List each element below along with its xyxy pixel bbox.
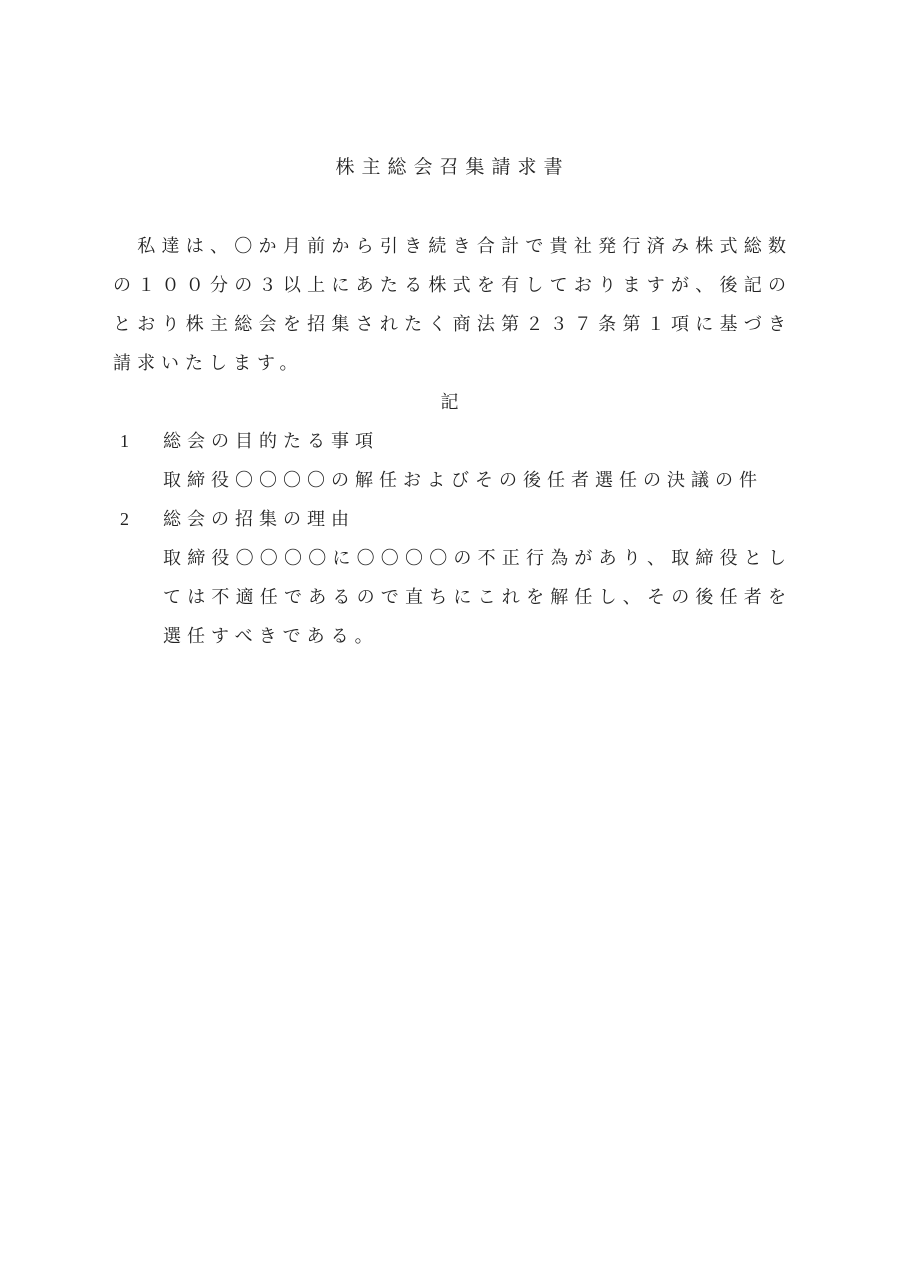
item-2-detail-line-1: 取締役〇〇〇〇に〇〇〇〇の不正行為があり、取締役とし (163, 539, 792, 578)
record-marker: 記 (113, 383, 792, 422)
item-2-number: 2 (120, 500, 163, 539)
item-1-heading: 総会の目的たる事項 (163, 431, 379, 451)
item-1-heading-row: 1総会の目的たる事項 (113, 422, 792, 461)
paragraph-line-3: とおり株主総会を招集されたく商法第２３７条第１項に基づき (113, 305, 792, 344)
item-2-heading: 総会の招集の理由 (163, 509, 355, 529)
item-1-number: 1 (120, 422, 163, 461)
document-title: 株主総会召集請求書 (0, 152, 905, 179)
item-2-heading-row: 2総会の招集の理由 (113, 500, 792, 539)
paragraph-line-4: 請求いたします。 (113, 344, 792, 383)
document-page: 株主総会召集請求書 私達は、〇か月前から引き続き合計で貴社発行済み株式総数 の１… (0, 0, 905, 1280)
document-body: 私達は、〇か月前から引き続き合計で貴社発行済み株式総数 の１００分の３以上にあた… (113, 227, 792, 656)
paragraph-line-1: 私達は、〇か月前から引き続き合計で貴社発行済み株式総数 (113, 227, 792, 266)
item-1-detail-line-1: 取締役〇〇〇〇の解任およびその後任者選任の決議の件 (163, 461, 792, 500)
item-2-detail-line-2: ては不適任であるので直ちにこれを解任し、その後任者を (163, 578, 792, 617)
item-2-detail-line-3: 選任すべきである。 (163, 617, 792, 656)
paragraph-line-2: の１００分の３以上にあたる株式を有しておりますが、後記の (113, 266, 792, 305)
